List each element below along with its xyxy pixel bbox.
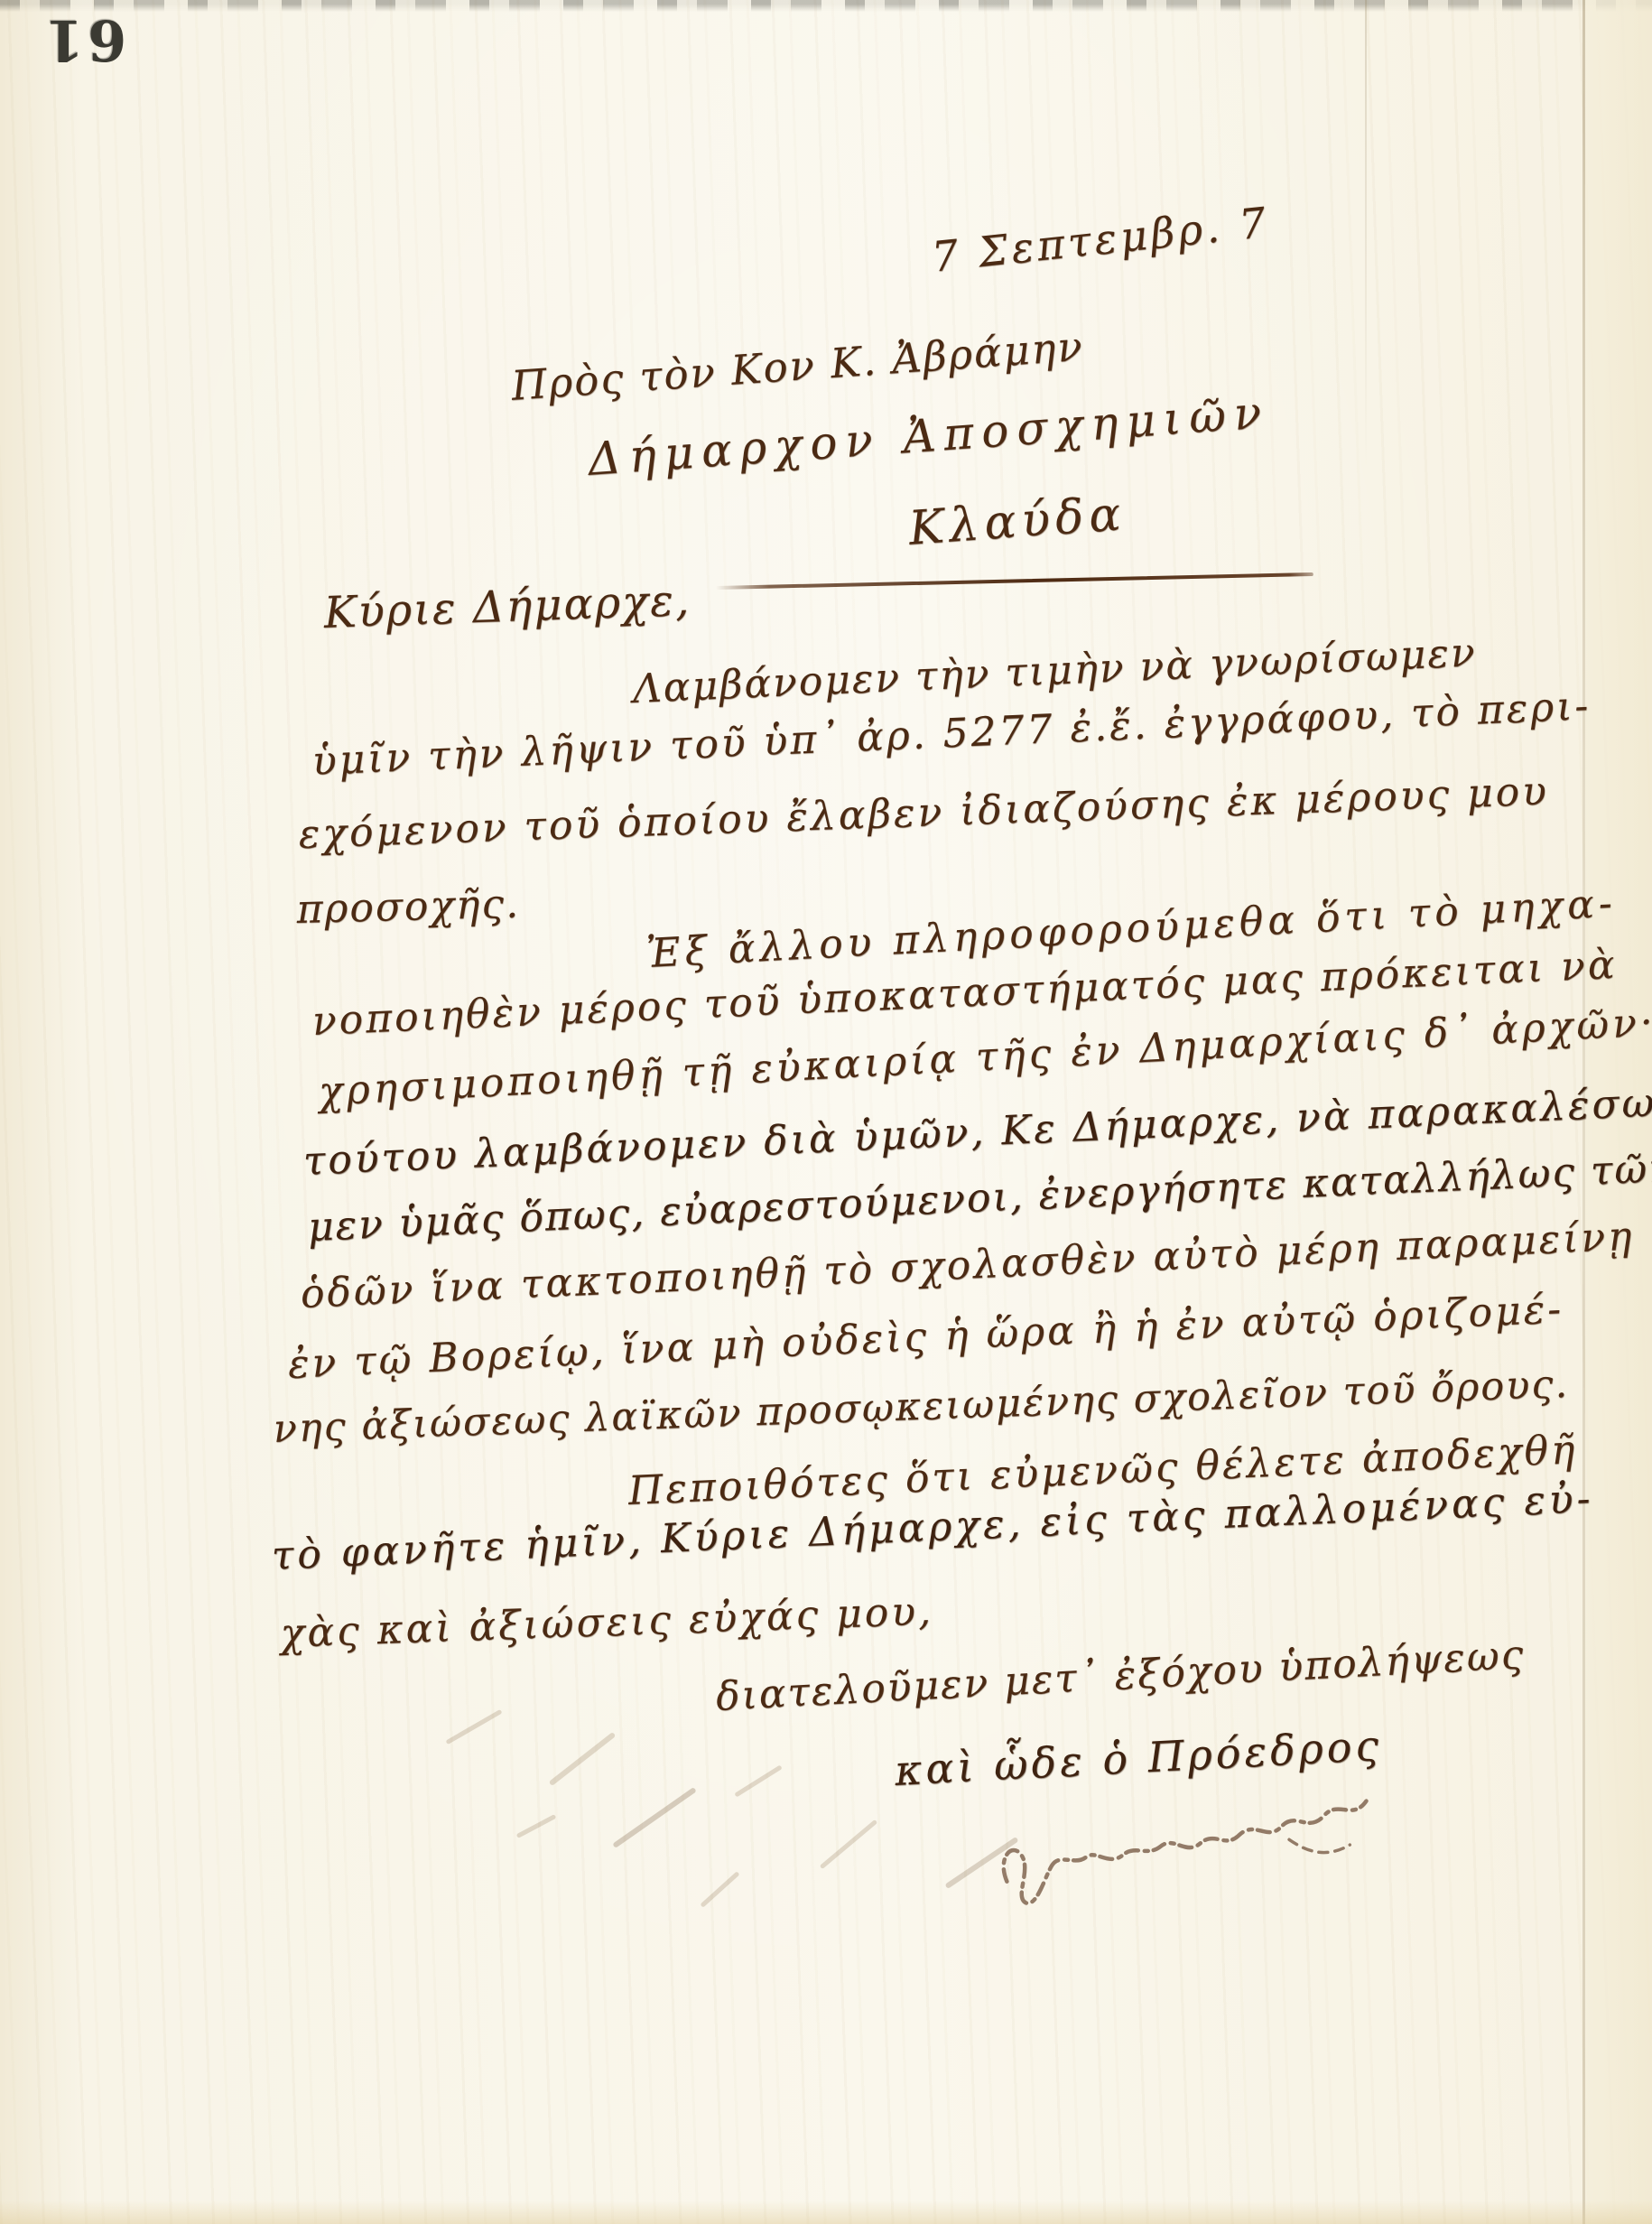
page-number-stamp: 61 [42,7,126,73]
body-line-p3-3: χὰς καὶ ἀξιώσεις εὐχάς μου, [280,1592,934,1654]
paper-crease [1365,0,1367,470]
recipient-line-2: Δήμαρχον Ἀποσχημιῶν [587,389,1271,482]
closing-line-1: διατελοῦμεν μετ᾽ ἐξόχου ὑπολήψεως [715,1635,1526,1717]
scanned-letter-page: 61 7 Σεπτεμβρ. 7 Πρὸς τὸν Κον Κ. Ἀβράμην… [0,0,1652,2224]
faded-ink-traces [307,1707,993,1932]
salutation: Κύριε Δήμαρχε, [323,579,691,635]
recipient-line-1: Πρὸς τὸν Κον Κ. Ἀβράμην [510,326,1085,406]
body-line-p1-4: προσοχῆς. [296,885,521,930]
signature-scrawl [986,1764,1395,1930]
scan-top-edge [0,0,1652,12]
recipient-underline [716,572,1313,590]
recipient-place: Κλαύδα [907,490,1128,553]
paper-bottom-shading [0,2201,1652,2224]
body-line-p1-3: εχόμενον τοῦ ὁποίου ἔλαβεν ἰδιαζούσης ἐκ… [298,772,1550,855]
body-line-p1-2: ὑμῖν τὴν λῆψιν τοῦ ὑπ᾽ ἀρ. 5277 ἐ.ἔ. ἐγγ… [311,686,1592,782]
date-line: 7 Σεπτεμβρ. 7 [930,201,1271,278]
